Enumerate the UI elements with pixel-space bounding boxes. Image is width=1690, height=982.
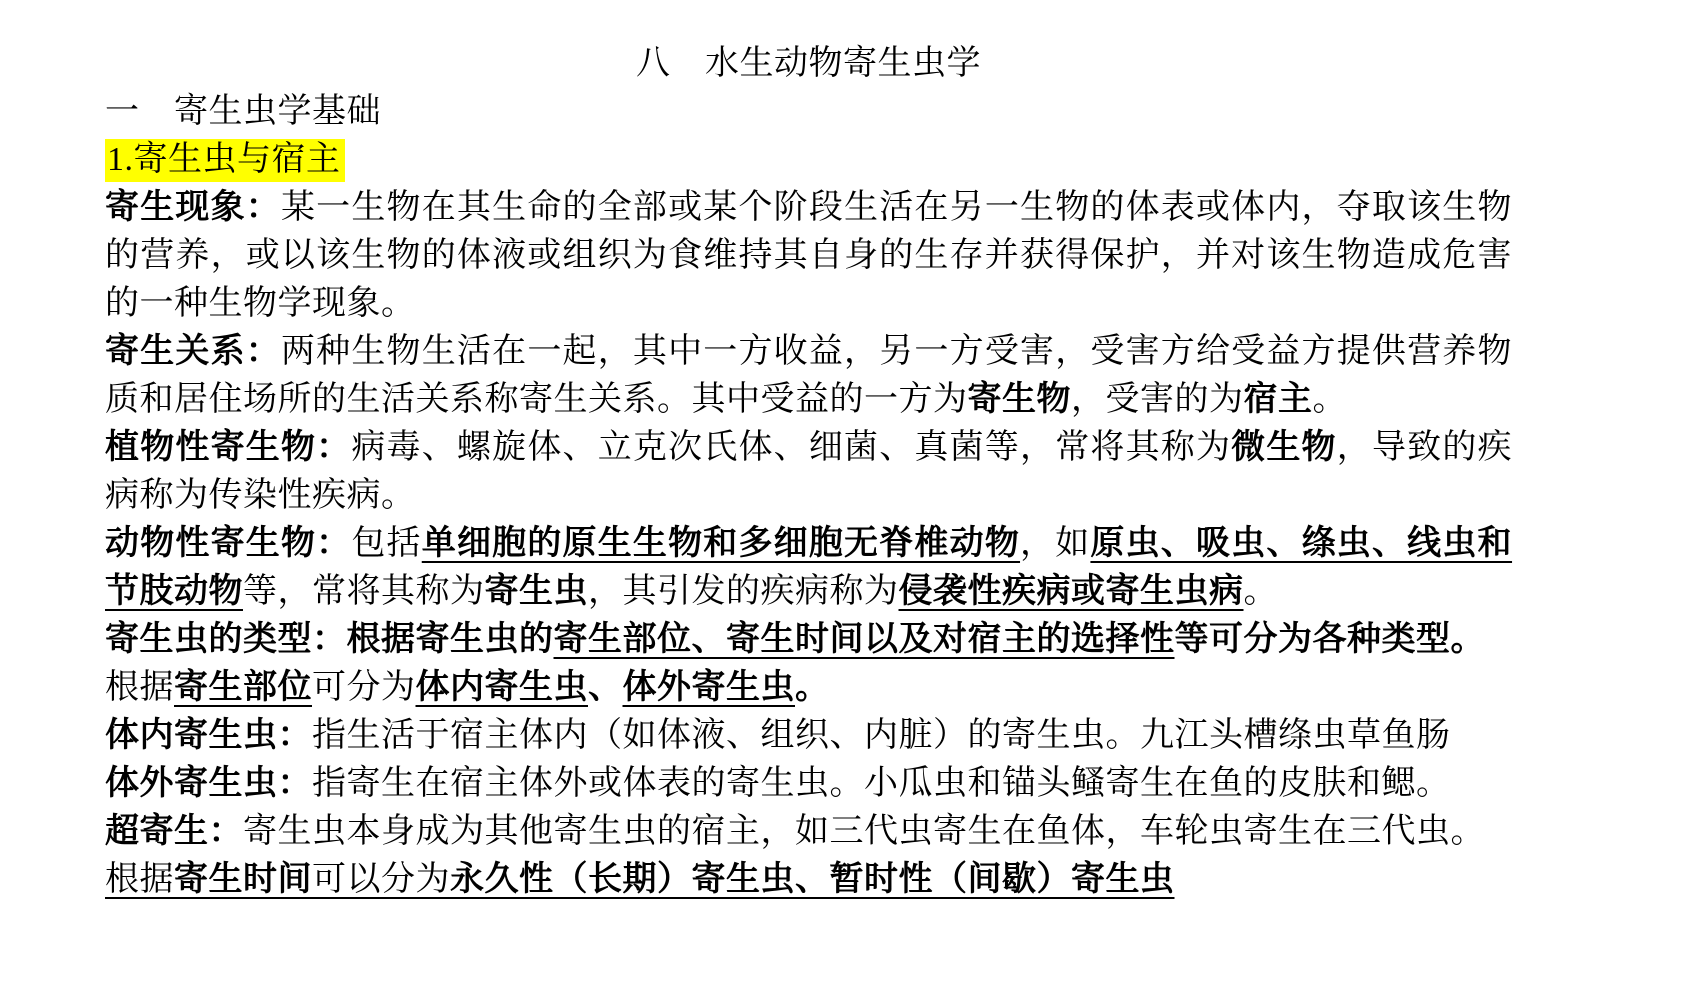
text-run: 指寄生在宿主体外或体表的寄生虫。小瓜虫和锚头鳋寄生在鱼的皮肤和鳃。: [312, 765, 1451, 802]
text-run: ，如: [1020, 525, 1090, 562]
bold-term: 寄生虫: [485, 573, 589, 610]
bold-term: 体外寄生虫: [623, 669, 796, 706]
bold-term: 寄生部位: [174, 669, 312, 706]
paragraph-by-site: 根据寄生部位可分为体内寄生虫、体外寄生虫。: [105, 664, 1512, 712]
text-run: 。: [1244, 573, 1279, 610]
text-run: 根据: [105, 669, 174, 706]
bold-term: 寄生时间: [174, 861, 312, 898]
paragraph-hyperparasitism: 超寄生：寄生虫本身成为其他寄生虫的宿主，如三代虫寄生在鱼体，车轮虫寄生在三代虫。: [105, 808, 1512, 856]
section-heading: 一 寄生虫学基础: [105, 88, 1512, 136]
bold-term: 。: [795, 669, 830, 706]
text-run: ，受害的为: [1071, 381, 1244, 418]
text-run: 等，常将其称为: [243, 573, 485, 610]
bold-term: 微生物: [1231, 429, 1337, 466]
bold-term: 超寄生：: [105, 813, 243, 850]
bold-term: 寄生部位、寄生时间以及对宿主的选择性: [554, 621, 1175, 658]
document-body: 一 寄生虫学基础1.寄生虫与宿主寄生现象：某一生物在其生命的全部或某个阶段生活在…: [105, 88, 1512, 904]
paragraph-ectoparasite: 体外寄生虫：指寄生在宿主体外或体表的寄生虫。小瓜虫和锚头鳋寄生在鱼的皮肤和鳃。: [105, 760, 1512, 808]
bold-term: 寄生现象：: [105, 189, 281, 226]
text-run: ，其引发的疾病称为: [588, 573, 899, 610]
highlighted-heading: 1.寄生虫与宿主: [105, 136, 1512, 184]
text-run: 指生活于宿主体内（如体液、组织、内脏）的寄生虫。九江头槽绦虫草鱼肠: [312, 717, 1451, 754]
text-run: 根据: [105, 861, 174, 898]
bold-term: 植物性寄生物：: [105, 429, 351, 466]
document-title: 八 水生动物寄生虫学: [105, 40, 1512, 88]
paragraph-parasitism-phenomenon: 寄生现象：某一生物在其生命的全部或某个阶段生活在另一生物的体表或体内，夺取该生物…: [105, 184, 1512, 328]
paragraph-animal-parasites: 动物性寄生物：包括单细胞的原生生物和多细胞无脊椎动物，如原虫、吸虫、绦虫、线虫和…: [105, 520, 1512, 616]
bold-term: 等可分为各种类型。: [1175, 621, 1486, 658]
paragraph-plant-parasites: 植物性寄生物：病毒、螺旋体、立克次氏体、细菌、真菌等，常将其称为微生物，导致的疾…: [105, 424, 1512, 520]
bold-term: 动物性寄生物：: [105, 525, 351, 562]
text-run: 病毒、螺旋体、立克次氏体、细菌、真菌等，常将其称为: [351, 429, 1231, 466]
text-run: 可分为: [312, 669, 416, 706]
paragraph-parasite-types: 寄生虫的类型：根据寄生虫的寄生部位、寄生时间以及对宿主的选择性等可分为各种类型。: [105, 616, 1512, 664]
bold-term: 、: [588, 669, 623, 706]
bold-term: 宿主: [1244, 381, 1313, 418]
bold-term: 体内寄生虫: [416, 669, 589, 706]
bold-term: 单细胞的原生生物和多细胞无脊椎动物: [422, 525, 1020, 562]
text-run: 。: [1313, 381, 1348, 418]
text-run: 寄生虫本身成为其他寄生虫的宿主，如三代虫寄生在鱼体，车轮虫寄生在三代虫。: [243, 813, 1485, 850]
text-run: 可以分为: [312, 861, 450, 898]
document-page: 八 水生动物寄生虫学 一 寄生虫学基础1.寄生虫与宿主寄生现象：某一生物在其生命…: [0, 0, 1690, 982]
paragraph-by-duration: 根据寄生时间可以分为永久性（长期）寄生虫、暂时性（间歇）寄生虫: [105, 856, 1512, 904]
paragraph-endoparasite: 体内寄生虫：指生活于宿主体内（如体液、组织、内脏）的寄生虫。九江头槽绦虫草鱼肠: [105, 712, 1512, 760]
paragraph-parasitic-relationship: 寄生关系：两种生物生活在一起，其中一方收益，另一方受害，受害方给受益方提供营养物…: [105, 328, 1512, 424]
bold-term: 体外寄生虫：: [105, 765, 312, 802]
bold-term: 侵袭性疾病或寄生虫病: [899, 573, 1244, 610]
text-run: 某一生物在其生命的全部或某个阶段生活在另一生物的体表或体内，夺取该生物的营养，或…: [105, 189, 1512, 322]
highlighted-text: 1.寄生虫与宿主: [105, 139, 345, 182]
bold-term: 寄生虫的类型：根据寄生虫的: [105, 621, 554, 658]
bold-term: 寄生物: [968, 381, 1072, 418]
bold-term: 永久性（长期）寄生虫、暂时性（间歇）寄生虫: [450, 861, 1175, 898]
text-run: 一 寄生虫学基础: [105, 93, 381, 130]
bold-term: 寄生关系：: [105, 333, 281, 370]
bold-term: 体内寄生虫：: [105, 717, 312, 754]
text-run: 包括: [351, 525, 421, 562]
